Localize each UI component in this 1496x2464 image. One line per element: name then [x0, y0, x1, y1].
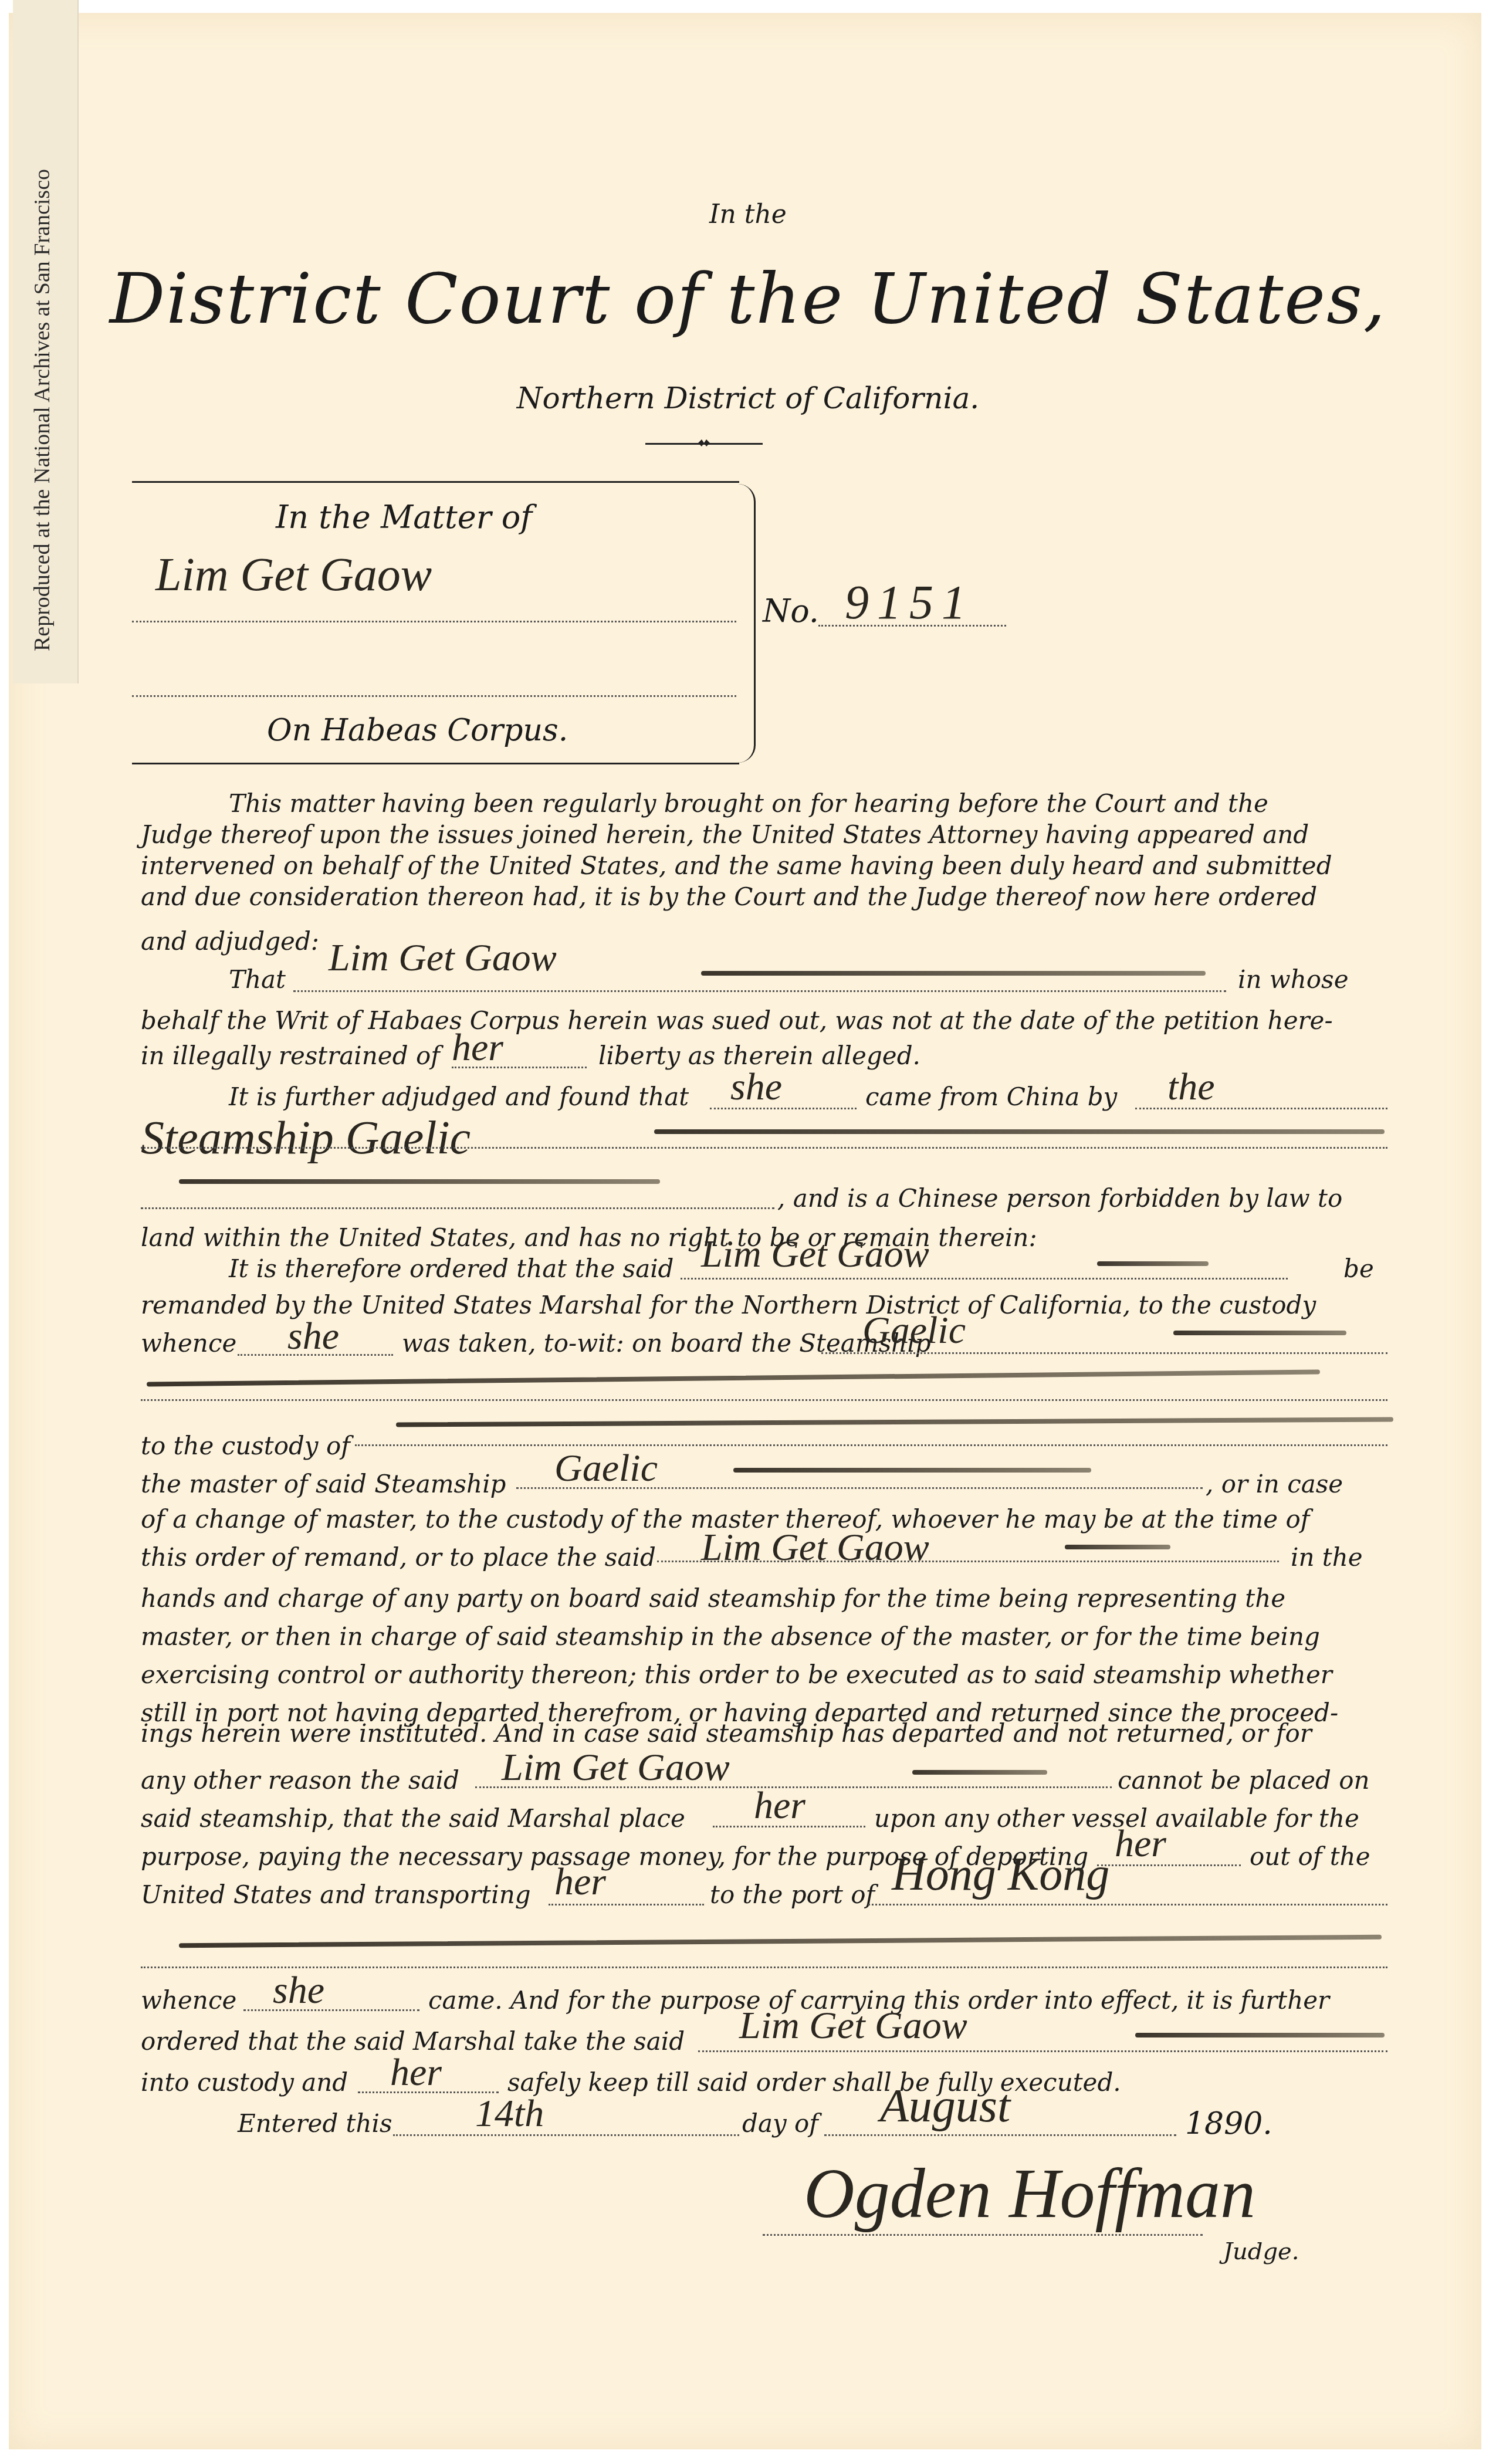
steamship-line-2 — [141, 1207, 774, 1209]
further-pronoun: she — [730, 1065, 782, 1109]
entry-month: August — [880, 2080, 1010, 2133]
be: be — [1343, 1254, 1374, 1283]
marshal-place-pre: said steamship, that the said Marshal pl… — [141, 1804, 685, 1833]
custody-of: to the custody of — [141, 1431, 350, 1460]
body-line: master, or then in charge of said steams… — [141, 1622, 1320, 1651]
signature-line — [763, 2234, 1203, 2236]
entry-day-line — [393, 2134, 739, 2136]
blank-fill-stroke — [733, 1468, 1091, 1473]
restrained-line — [452, 1067, 587, 1068]
came-by-hand: the — [1167, 1065, 1215, 1109]
that-name: Lim Get Gaow — [329, 936, 557, 980]
safely-keep: safely keep till said order shall be ful… — [507, 2068, 1121, 2097]
transporting-pre: United States and transporting — [141, 1880, 531, 1909]
whence-line — [238, 1354, 393, 1356]
other-reason-name: Lim Get Gaow — [502, 1745, 730, 1790]
deporting-line — [1097, 1864, 1241, 1866]
place-name-line — [657, 1561, 1279, 1562]
on-habeas-corpus: On Habeas Corpus. — [267, 713, 568, 748]
blank-fill-stroke — [912, 1770, 1047, 1775]
port-name: Hong Kong — [892, 1848, 1109, 1901]
court-title: District Court of the United States, — [0, 258, 1496, 339]
custody-pronoun: her — [390, 2050, 442, 2095]
port-of: to the port of — [710, 1880, 875, 1909]
further-pre: It is further adjudged and found that — [229, 1082, 689, 1111]
body-line: and adjudged: — [141, 927, 319, 956]
transporting-pronoun: her — [554, 1860, 606, 1904]
body-line: and due consideration thereon had, it is… — [141, 882, 1317, 911]
body-line: behalf the Writ of Habaes Corpus herein … — [141, 1006, 1333, 1035]
therefore-name: Lim Get Gaow — [701, 1232, 929, 1277]
body-line: ings herein were instituted. And in case… — [141, 1719, 1312, 1748]
whence2-pronoun: she — [273, 1968, 324, 2013]
came-by-line — [1135, 1108, 1387, 1109]
body-line: intervened on behalf of the United State… — [141, 851, 1332, 880]
caption-top-rule — [132, 481, 739, 483]
ornament-diamond-icon — [698, 439, 710, 447]
body-line: exercising control or authority thereon;… — [141, 1660, 1332, 1689]
other-reason-pre: any other reason the said — [141, 1766, 459, 1795]
therefore-line — [681, 1278, 1288, 1280]
deporting-post: out of the — [1250, 1842, 1370, 1871]
blank-fill-stroke — [654, 1129, 1385, 1134]
header-in-the: In the — [0, 199, 1496, 229]
judge-signature: Ogden Hoffman — [804, 2153, 1255, 2234]
taken-ship: Gaelic — [862, 1308, 966, 1353]
into-custody: into custody and — [141, 2068, 348, 2097]
take-name-line — [698, 2050, 1387, 2052]
port-line — [868, 1904, 1387, 1905]
blank-fill-stroke — [1065, 1545, 1170, 1549]
place-name: Lim Get Gaow — [701, 1525, 929, 1570]
steamship-hand: Steamship Gaelic — [141, 1112, 471, 1165]
steamship-line — [141, 1147, 1387, 1149]
case-number: 9151 — [845, 575, 974, 630]
party-name-line-2 — [132, 695, 736, 697]
blank-fill-stroke — [701, 971, 1206, 976]
body-line: hands and charge of any party on board s… — [141, 1584, 1285, 1613]
body-line: This matter having been regularly brough… — [229, 789, 1268, 818]
judge-title: Judge. — [1223, 2238, 1299, 2265]
custody-of-line — [355, 1444, 1387, 1446]
in-the: in the — [1291, 1543, 1363, 1572]
whence-label: whence — [141, 1329, 236, 1358]
blank-fill-stroke — [1097, 1261, 1209, 1266]
place-pre: this order of remand, or to place the sa… — [141, 1543, 656, 1572]
entered-this: Entered this — [238, 2109, 392, 2138]
transporting-line — [549, 1904, 704, 1905]
entry-day: 14th — [475, 2091, 544, 2136]
blank-fill-stroke — [1135, 2033, 1385, 2037]
or-in-case: , or in case — [1206, 1470, 1343, 1498]
whence2-label: whence — [141, 1986, 236, 2015]
taken-ship-line-2 — [141, 1399, 1387, 1401]
in-the-matter-of: In the Matter of — [276, 499, 532, 536]
master-ship-line — [516, 1487, 1203, 1489]
port-line-2 — [141, 1967, 1387, 1968]
whence-pronoun: she — [287, 1314, 339, 1359]
cannot-be-placed: cannot be placed on — [1118, 1766, 1370, 1795]
caption-brace — [736, 484, 756, 763]
chinese-person: , and is a Chinese person forbidden by l… — [777, 1184, 1342, 1213]
party-name-line — [132, 621, 736, 622]
in-whose: in whose — [1238, 965, 1349, 994]
further-line — [710, 1108, 857, 1109]
case-number-line — [818, 625, 1006, 627]
marshal-place-pronoun: her — [754, 1783, 805, 1828]
day-of: day of — [742, 2109, 818, 2138]
body-line: Judge thereof upon the issues joined her… — [141, 820, 1309, 849]
that-label: That — [229, 965, 286, 994]
case-no-label: No. — [763, 593, 819, 629]
that-name-line — [293, 990, 1226, 992]
came-from: came from China by — [865, 1082, 1117, 1111]
blank-fill-stroke — [179, 1179, 660, 1184]
marshal-place-line — [713, 1826, 865, 1827]
party-name: Lim Get Gaow — [155, 549, 432, 602]
caption-bottom-rule — [132, 763, 739, 764]
district-name: Northern District of California. — [0, 381, 1496, 415]
master-ship: Gaelic — [554, 1446, 658, 1491]
whence2-line — [243, 2009, 419, 2011]
therefore-pre: It is therefore ordered that the said — [229, 1254, 674, 1283]
blank-fill-stroke — [1173, 1331, 1346, 1335]
entry-year: 1890. — [1185, 2106, 1272, 2141]
deporting-pronoun: her — [1115, 1822, 1166, 1866]
master-of: the master of said Steamship — [141, 1470, 506, 1498]
restrained-pronoun: her — [452, 1025, 503, 1070]
restrained-pre: in illegally restrained of — [141, 1041, 440, 1070]
taken-ship-line — [821, 1352, 1387, 1354]
entry-month-line — [824, 2134, 1176, 2136]
take-name: Lim Get Gaow — [739, 2003, 967, 2048]
